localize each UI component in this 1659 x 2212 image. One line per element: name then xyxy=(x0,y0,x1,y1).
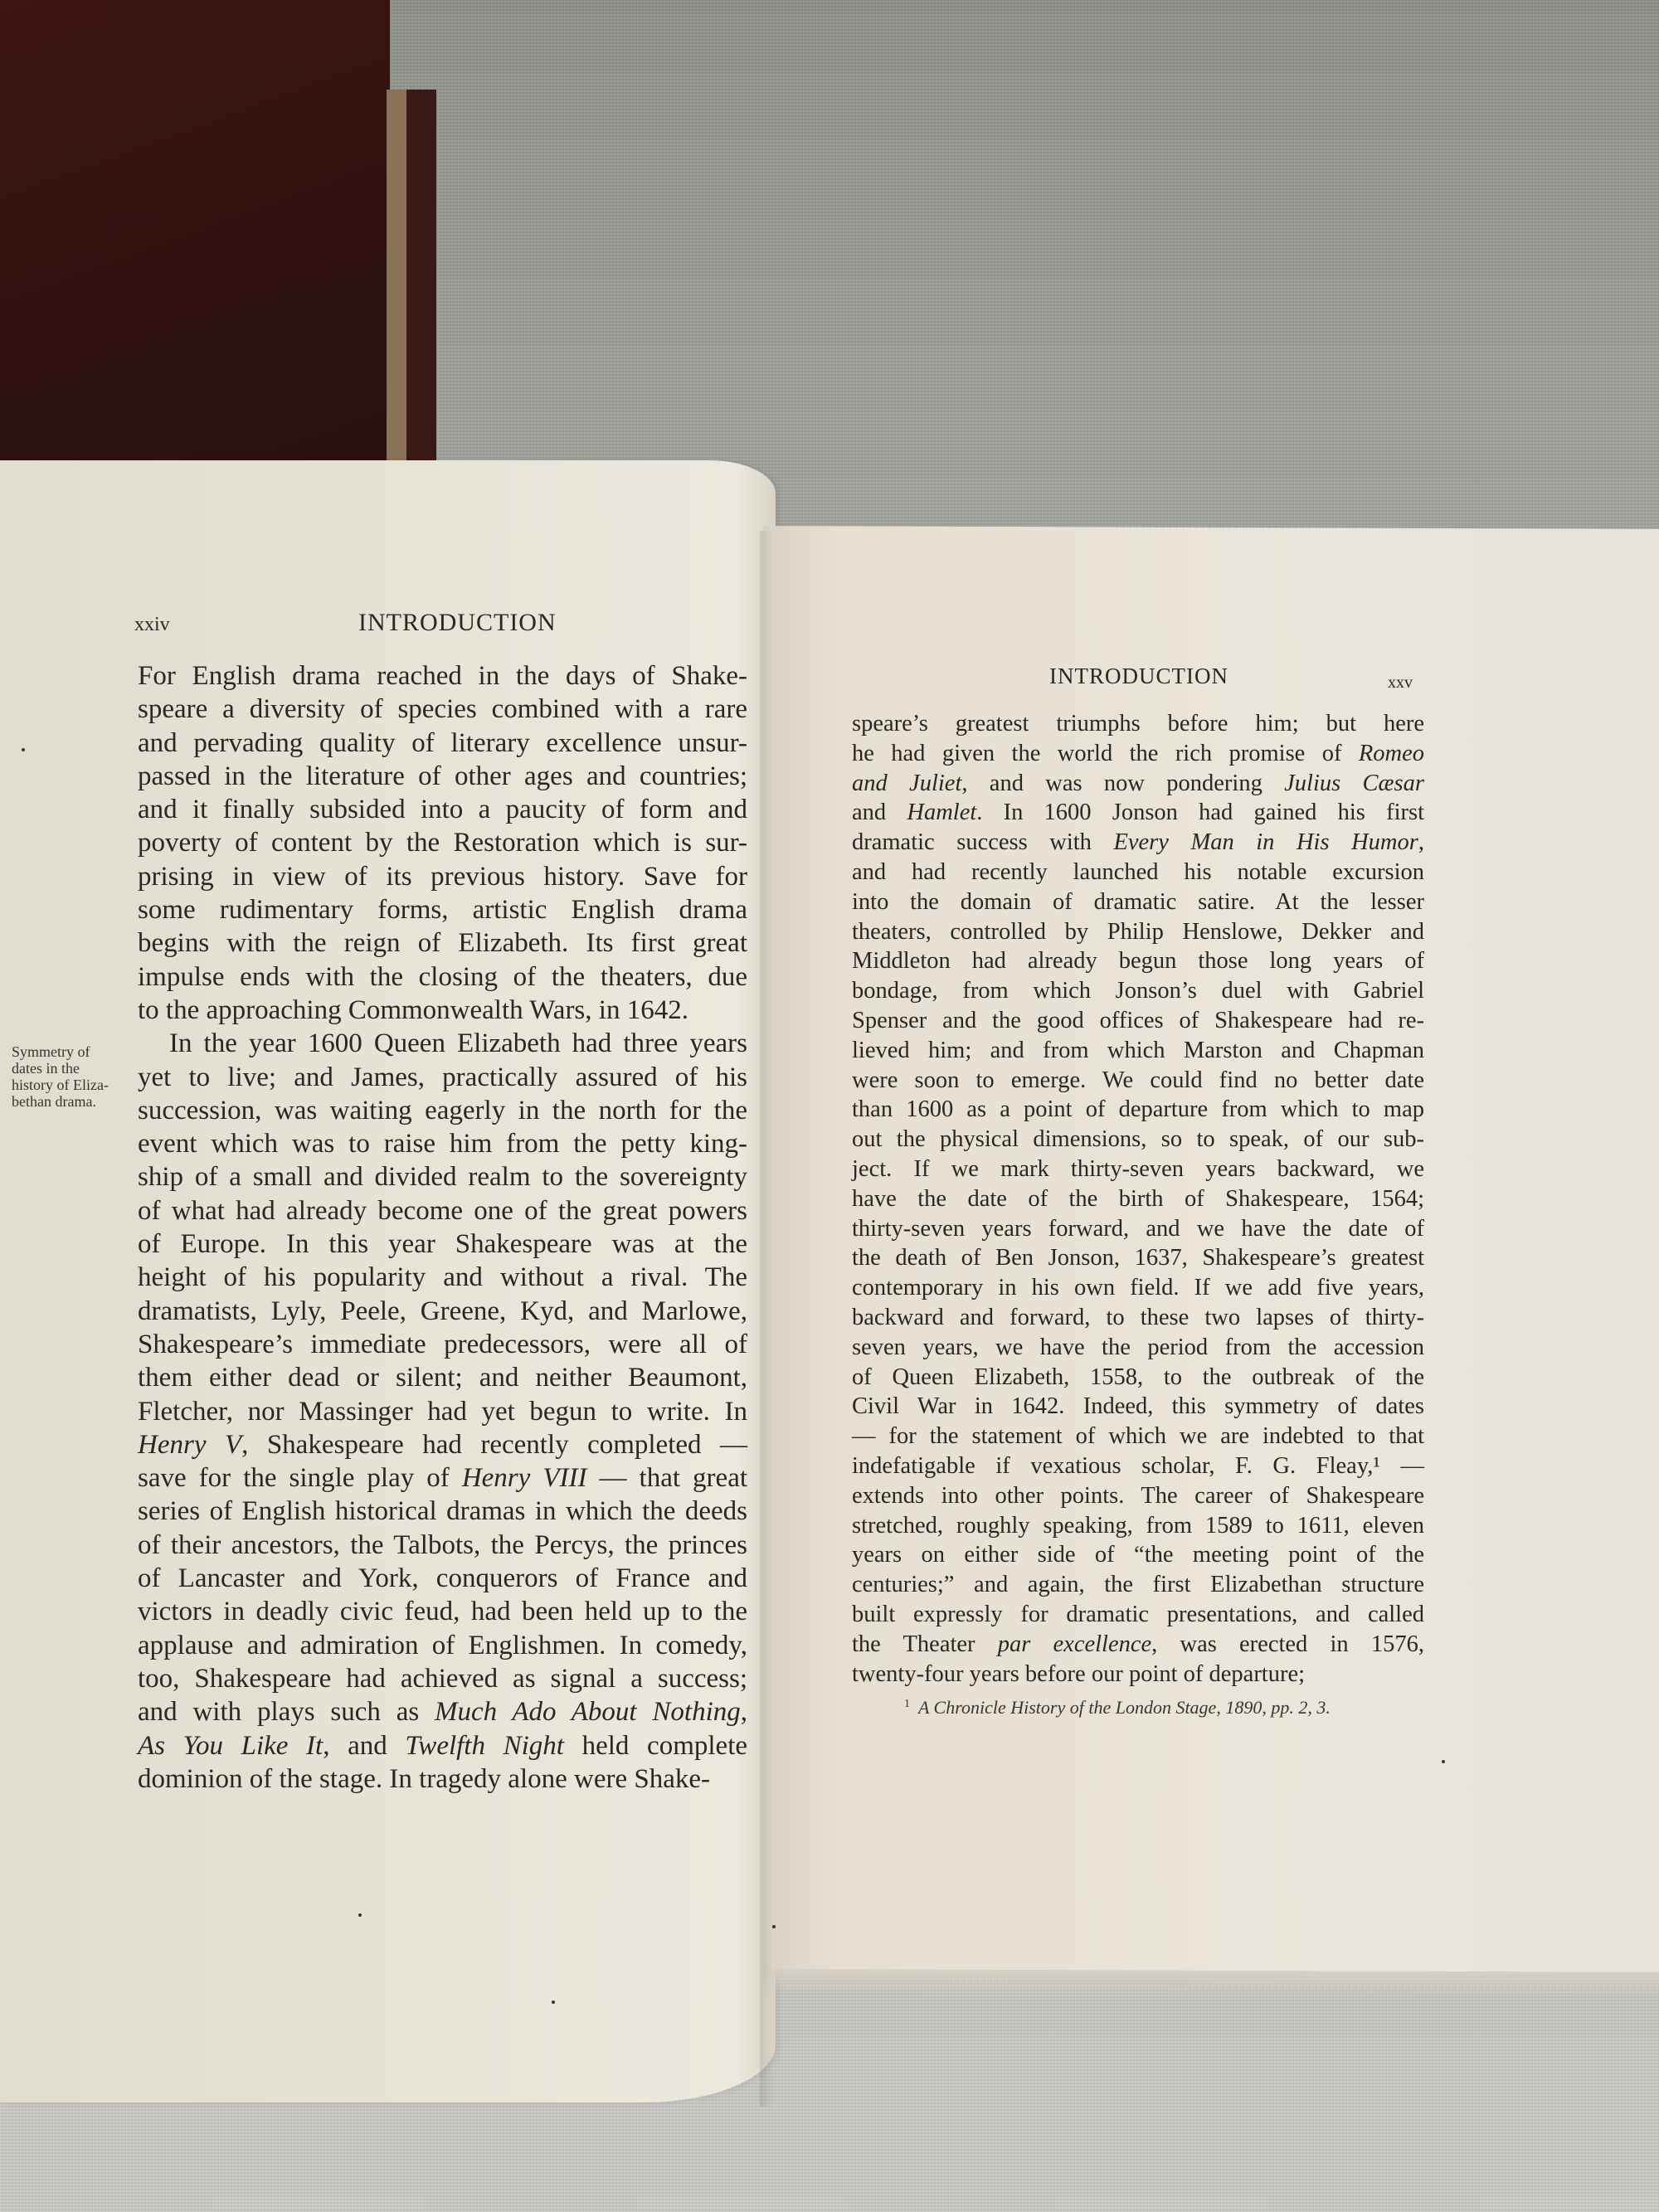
text-line: and had recently launched his notable ex… xyxy=(852,858,1424,887)
text-line: backward and forward, to these two lapse… xyxy=(852,1303,1424,1333)
margin-note-line: history of Eliza- xyxy=(12,1077,136,1093)
text-line: series of English historical dramas in w… xyxy=(138,1495,747,1528)
text-line: yet to live; and James, practically assu… xyxy=(138,1061,747,1094)
text-line: of Lancaster and York, conquerors of Fra… xyxy=(138,1562,747,1595)
text-line: For English drama reached in the days of… xyxy=(138,659,747,693)
footnote-marker: 1 xyxy=(904,1698,910,1710)
text-line: the Theater par excellence, was erected … xyxy=(852,1630,1424,1660)
text-line: event which was to raise him from the pe… xyxy=(138,1127,747,1160)
margin-note: Symmetry of dates in the history of Eliz… xyxy=(12,1043,136,1110)
text-line: Henry V, Shakespeare had recently comple… xyxy=(138,1428,747,1461)
margin-note-line: bethan drama. xyxy=(12,1093,136,1110)
text-line: to the approaching Commonwealth Wars, in… xyxy=(138,994,747,1027)
text-line: too, Shakespeare had achieved as signal … xyxy=(138,1662,747,1695)
text-line: Shakespeare’s immediate predecessors, we… xyxy=(138,1328,747,1361)
text-line: Civil War in 1642. Indeed, this symmetry… xyxy=(852,1392,1424,1422)
text-line: lieved him; and from which Marston and C… xyxy=(852,1036,1424,1066)
text-line: than 1600 as a point of departure from w… xyxy=(852,1095,1424,1125)
text-line: were soon to emerge. We could find no be… xyxy=(852,1066,1424,1096)
red-book-cover xyxy=(0,0,390,481)
paper-speck xyxy=(1442,1760,1445,1763)
text-line: and pervading quality of literary excell… xyxy=(138,727,747,760)
text-line: ject. If we mark thirty-seven years back… xyxy=(852,1155,1424,1184)
text-line: of Europe. In this year Shakespeare was … xyxy=(138,1228,747,1261)
footnote: 1A Chronicle History of the London Stage… xyxy=(904,1697,1331,1719)
paper-speck xyxy=(22,748,25,751)
running-head-right: INTRODUCTION xyxy=(1049,664,1228,689)
text-line: some rudimentary forms, artistic English… xyxy=(138,893,747,926)
text-line: centuries;” and again, the first Elizabe… xyxy=(852,1570,1424,1600)
text-line: twenty-four years before our point of de… xyxy=(852,1660,1424,1689)
text-line: dramatists, Lyly, Peele, Greene, Kyd, an… xyxy=(138,1295,747,1328)
footnote-text: A Chronicle History of the London Stage,… xyxy=(918,1697,1331,1718)
text-line: the death of Ben Jonson, 1637, Shakespea… xyxy=(852,1243,1424,1273)
text-line: and Juliet, and was now pondering Julius… xyxy=(852,769,1424,799)
text-line: begins with the reign of Elizabeth. Its … xyxy=(138,926,747,960)
text-line: extends into other points. The career of… xyxy=(852,1481,1424,1511)
text-line: speare a diversity of species combined w… xyxy=(138,693,747,726)
text-line: height of his popularity and without a r… xyxy=(138,1261,747,1294)
page-number-left: xxiv xyxy=(134,614,170,636)
text-line: save for the single play of Henry VIII —… xyxy=(138,1461,747,1495)
text-line: bondage, from which Jonson’s duel with G… xyxy=(852,976,1424,1006)
paper-speck xyxy=(552,2001,555,2004)
text-line: seven years, we have the period from the… xyxy=(852,1333,1424,1363)
text-line: dramatic success with Every Man in His H… xyxy=(852,828,1424,858)
text-line: years on either side of “the meeting poi… xyxy=(852,1540,1424,1570)
text-line: stretched, roughly speaking, from 1589 t… xyxy=(852,1511,1424,1541)
text-line: victors in deadly civic feud, had been h… xyxy=(138,1595,747,1628)
book-gutter xyxy=(760,531,773,2107)
text-line: Middleton had already begun those long y… xyxy=(852,946,1424,976)
text-line: he had given the world the rich promise … xyxy=(852,739,1424,769)
left-page-body: For English drama reached in the days of… xyxy=(138,659,747,1796)
text-line: contemporary in his own field. If we add… xyxy=(852,1273,1424,1303)
text-line: impulse ends with the closing of the the… xyxy=(138,960,747,994)
margin-note-line: Symmetry of xyxy=(12,1043,136,1060)
text-line: theaters, controlled by Philip Henslowe,… xyxy=(852,917,1424,947)
text-line: prising in view of its previous history.… xyxy=(138,860,747,893)
text-line: — for the statement of which we are inde… xyxy=(852,1422,1424,1451)
text-line: dominion of the stage. In tragedy alone … xyxy=(138,1762,747,1796)
book-spine-edge xyxy=(387,90,436,479)
paper-speck xyxy=(772,1925,776,1928)
paper-speck xyxy=(358,1913,362,1917)
text-line: passed in the literature of other ages a… xyxy=(138,760,747,793)
text-line: built expressly for dramatic presentatio… xyxy=(852,1600,1424,1630)
text-line: ship of a small and divided realm to the… xyxy=(138,1160,747,1194)
text-line: of their ancestors, the Talbots, the Per… xyxy=(138,1529,747,1562)
right-page-body: speare’s greatest triumphs before him; b… xyxy=(852,709,1424,1689)
text-line: Spenser and the good offices of Shakespe… xyxy=(852,1006,1424,1036)
text-line: have the date of the birth of Shakespear… xyxy=(852,1184,1424,1214)
text-line: them either dead or silent; and neither … xyxy=(138,1361,747,1394)
text-line: and it finally subsided into a paucity o… xyxy=(138,793,747,826)
text-line: Fletcher, nor Massinger had yet begun to… xyxy=(138,1395,747,1428)
text-line: speare’s greatest triumphs before him; b… xyxy=(852,709,1424,739)
text-line: As You Like It, and Twelfth Night held c… xyxy=(138,1729,747,1762)
text-line: succession, was waiting eagerly in the n… xyxy=(138,1094,747,1127)
text-line: indefatigable if vexatious scholar, F. G… xyxy=(852,1451,1424,1481)
text-line: out the physical dimensions, so to speak… xyxy=(852,1125,1424,1155)
running-head-left: INTRODUCTION xyxy=(358,609,557,637)
page-number-right: xxv xyxy=(1388,673,1413,693)
text-line: applause and admiration of Englishmen. I… xyxy=(138,1629,747,1662)
text-line: of Queen Elizabeth, 1558, to the outbrea… xyxy=(852,1363,1424,1393)
text-line: In the year 1600 Queen Elizabeth had thr… xyxy=(138,1027,747,1060)
text-line: and Hamlet. In 1600 Jonson had gained hi… xyxy=(852,798,1424,828)
text-line: of what had already become one of the gr… xyxy=(138,1194,747,1228)
text-line: and with plays such as Much Ado About No… xyxy=(138,1695,747,1728)
text-line: into the domain of dramatic satire. At t… xyxy=(852,887,1424,917)
margin-note-line: dates in the xyxy=(12,1060,136,1077)
text-line: thirty-seven years forward, and we have … xyxy=(852,1214,1424,1244)
text-line: poverty of content by the Restoration wh… xyxy=(138,826,747,859)
